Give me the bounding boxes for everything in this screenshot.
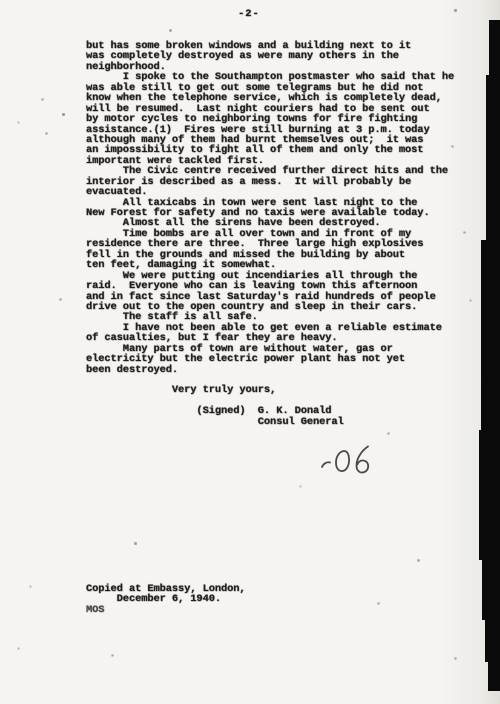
text-line: evacuated. [86, 187, 486, 197]
text-line: by motor cycles to neighboring towns for… [86, 114, 486, 124]
text-line: Very truly yours, [86, 385, 486, 395]
handwritten-annotation-06 [318, 443, 374, 479]
text-line: electricity but the electric power plant… [86, 354, 486, 364]
letter-body-text: but has some broken windows and a buildi… [86, 41, 486, 427]
text-line: Consul General [86, 417, 486, 427]
text-line: raid. Everyone who can is leaving town t… [86, 281, 486, 291]
scanned-letter-page: -2- but has some broken windows and a bu… [0, 0, 500, 704]
text-line: been destroyed. [86, 365, 486, 375]
handwriting-06-drawing [318, 443, 374, 479]
copy-note: Copied at Embassy, London, December 6, 1… [86, 584, 386, 615]
scan-noise-speckles [0, 0, 1, 1]
page-number: -2- [238, 8, 260, 20]
text-line: MOS [86, 605, 386, 615]
text-line: December 6, 1940. [86, 594, 386, 604]
